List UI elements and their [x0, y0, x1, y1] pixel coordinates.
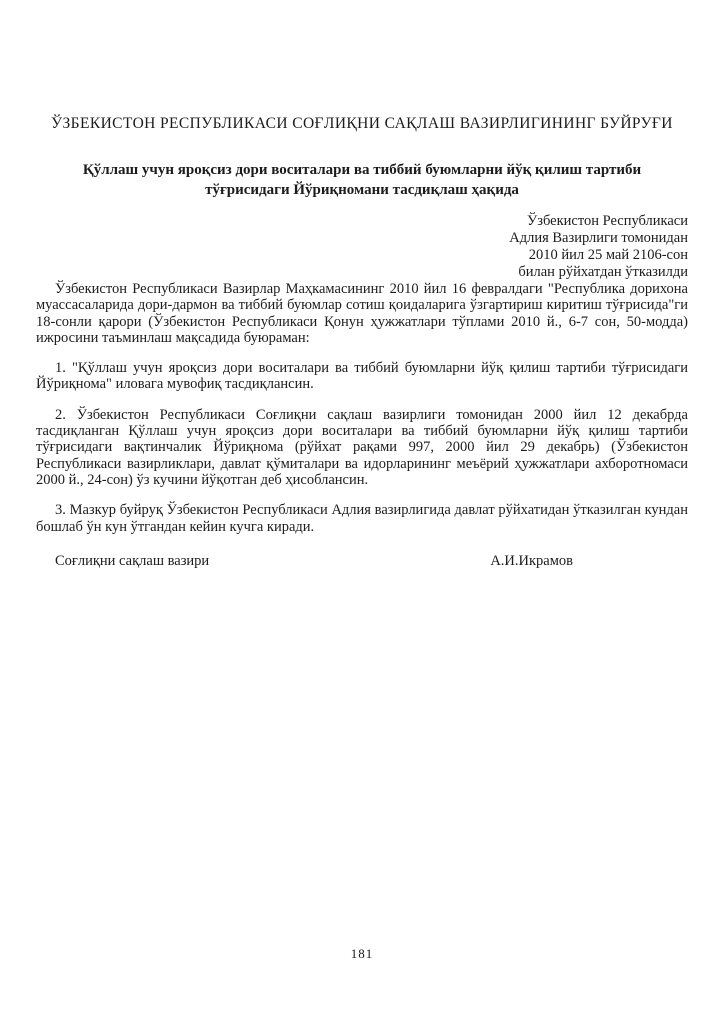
minister-name: А.И.Икрамов: [490, 553, 573, 570]
registration-block: Ўзбекистон Республикаси Адлия Вазирлиги …: [36, 213, 688, 281]
minister-title: Соғлиқни сақлаш вазири: [36, 553, 209, 570]
document-title: ЎЗБЕКИСТОН РЕСПУБЛИКАСИ СОҒЛИҚНИ САҚЛАШ …: [36, 114, 688, 134]
order-item-3: 3. Мазкур буйруқ Ўзбекистон Республикаси…: [36, 502, 688, 535]
order-item-2: 2. Ўзбекистон Республикаси Соғлиқни сақл…: [36, 407, 688, 488]
page-number: 181: [0, 946, 724, 962]
signature-row: Соғлиқни сақлаш вазири А.И.Икрамов: [36, 553, 688, 570]
registration-line: 2010 йил 25 май 2106-сон: [36, 247, 688, 264]
document-page: ЎЗБЕКИСТОН РЕСПУБЛИКАСИ СОҒЛИҚНИ САҚЛАШ …: [0, 0, 724, 1024]
document-subtitle: Қўллаш учун яроқсиз дори воситалари ва т…: [72, 160, 652, 200]
registration-line: Ўзбекистон Республикаси: [36, 213, 688, 230]
registration-line: билан рўйхатдан ўтказилди: [36, 264, 688, 281]
registration-line: Адлия Вазирлиги томонидан: [36, 230, 688, 247]
order-item-1: 1. "Қўллаш учун яроқсиз дори воситалари …: [36, 360, 688, 393]
document-content: ЎЗБЕКИСТОН РЕСПУБЛИКАСИ СОҒЛИҚНИ САҚЛАШ …: [36, 0, 688, 570]
preamble-paragraph: Ўзбекистон Республикаси Вазирлар Маҳкама…: [36, 281, 688, 346]
